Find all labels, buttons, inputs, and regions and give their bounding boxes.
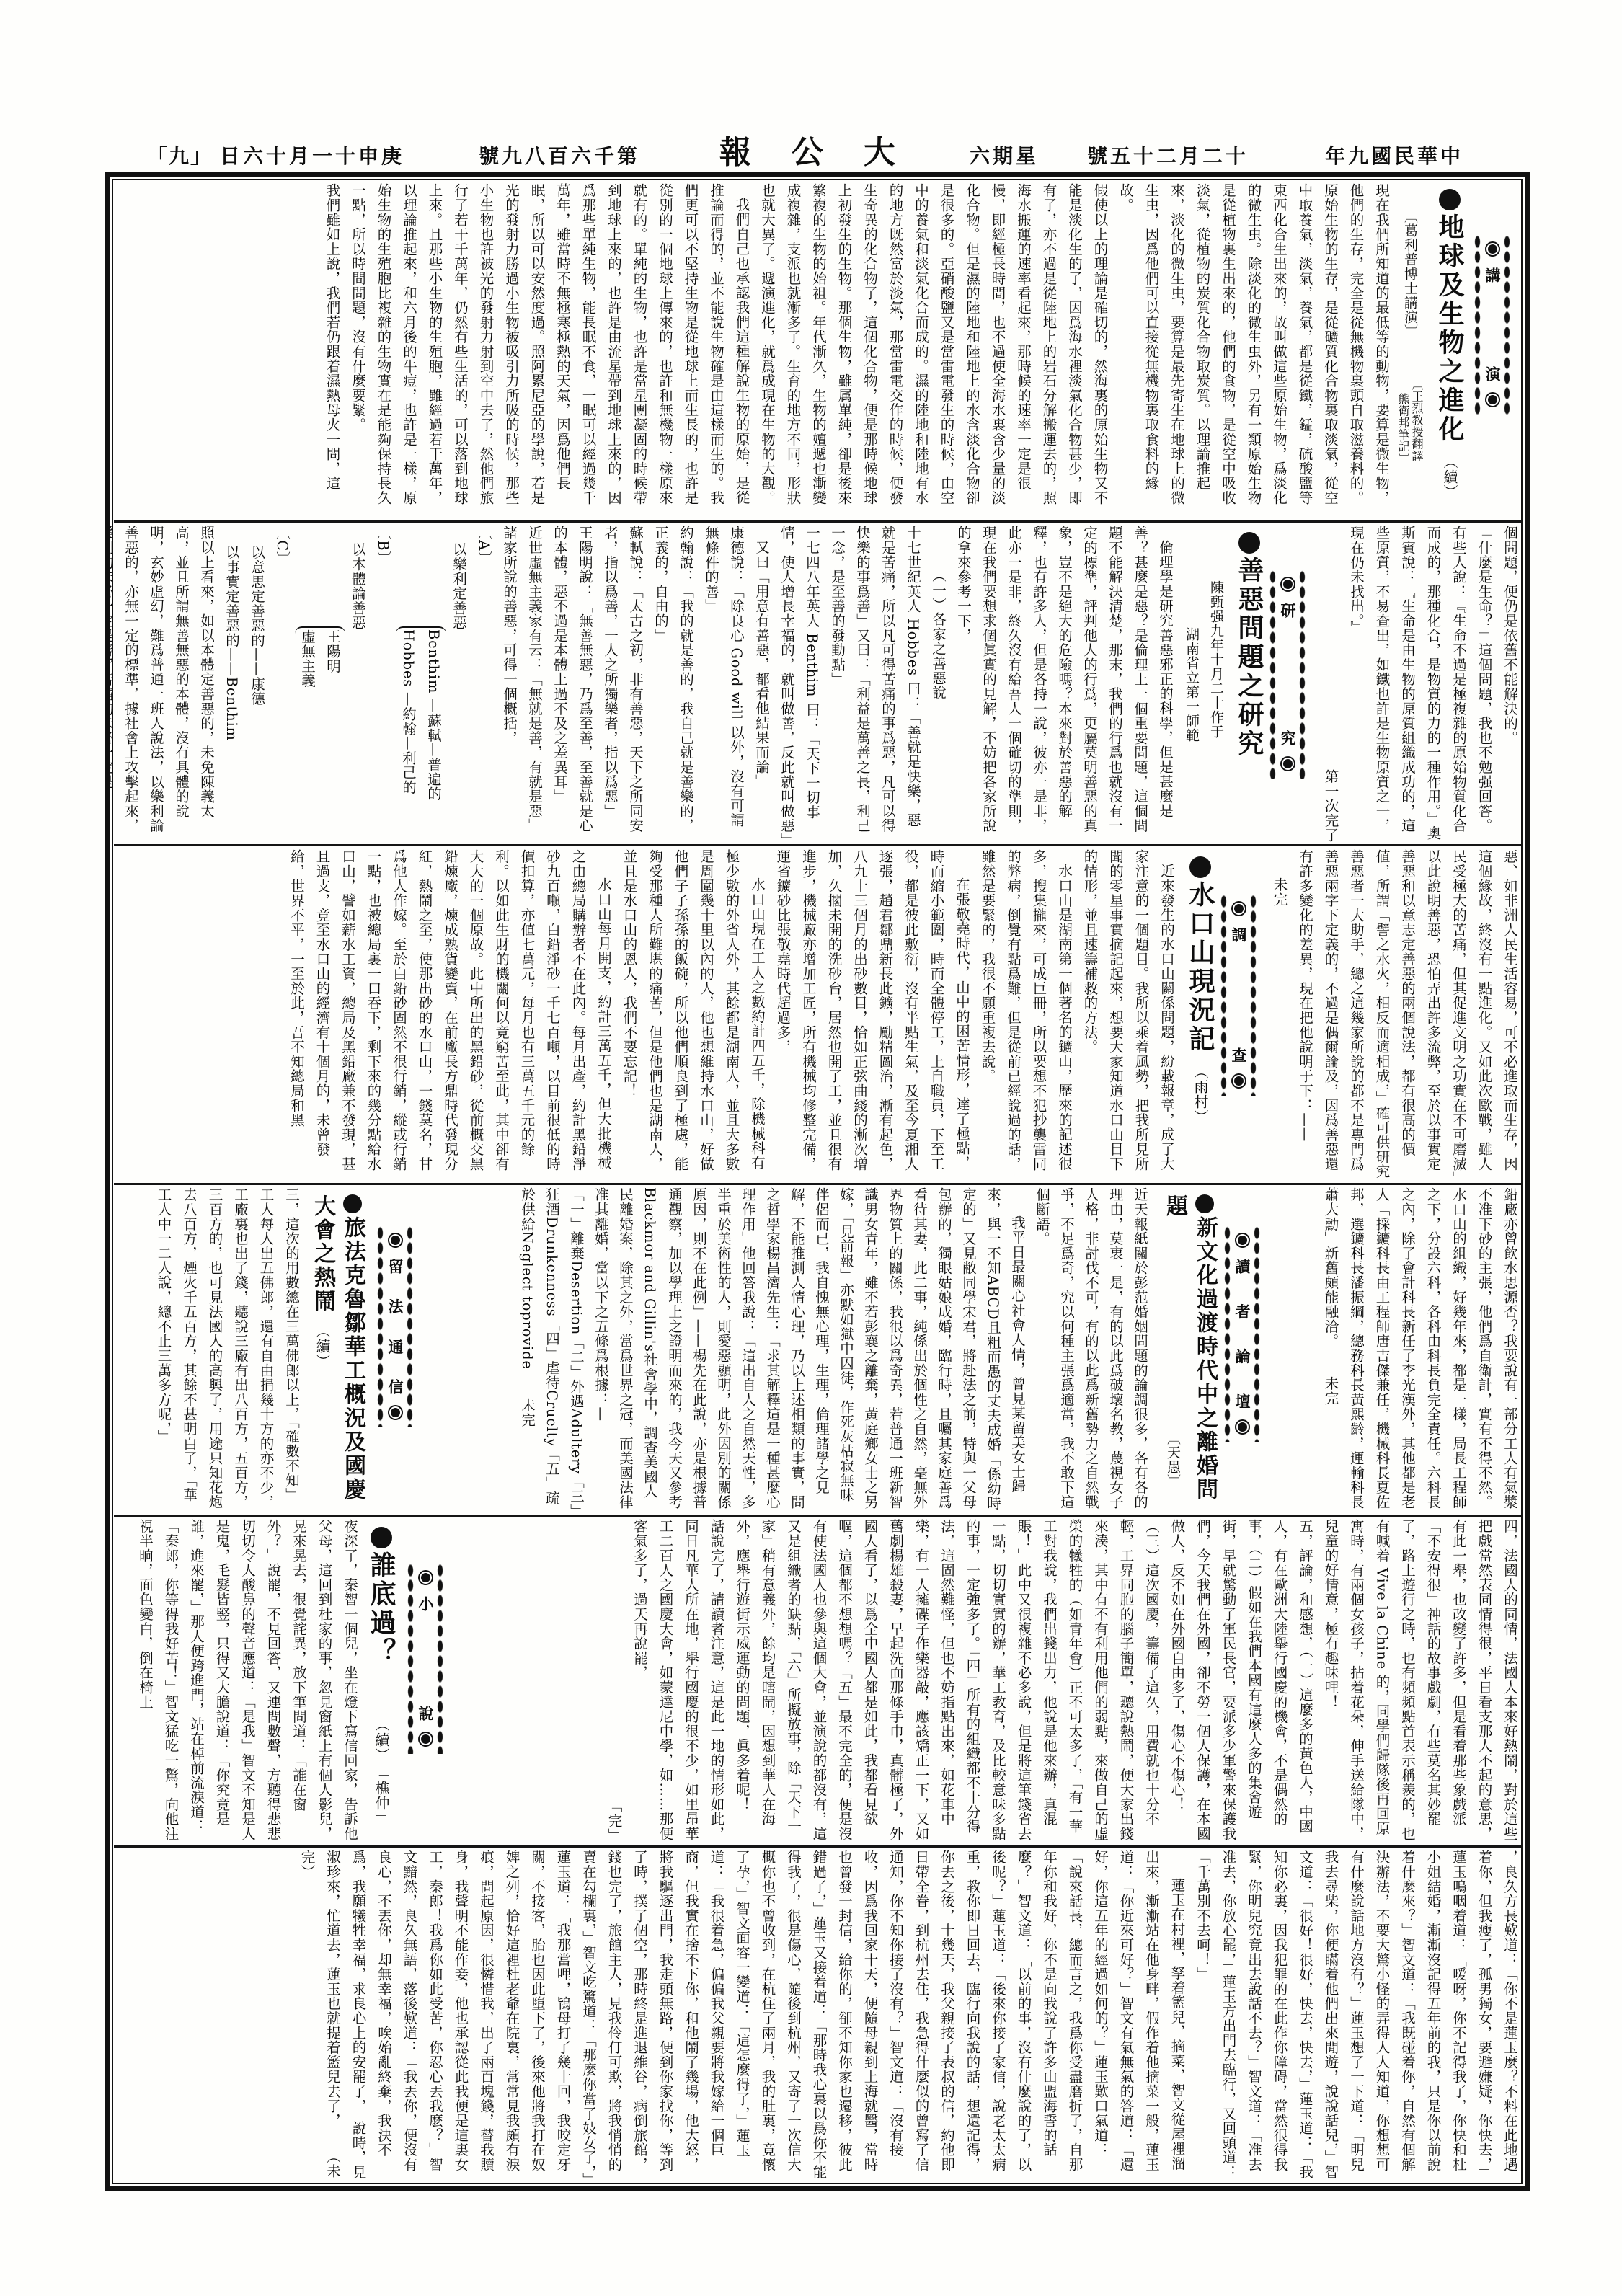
paragraph: 近世虛無主義家有云：「無就是善，有就是惡」 bbox=[522, 526, 547, 842]
paragraph: 約翰說：「我的就是善的，我自己就是善樂的，正義的，自由的」 bbox=[648, 526, 699, 842]
issue-number: 第千六百八九號 bbox=[479, 141, 640, 172]
paragraph: 一七四八年英人 Benthim 曰：「天下一切事情，使人增長幸福的，就叫做善，反… bbox=[774, 526, 825, 842]
article-title-france: 旅法克魯鄒華工概況及國慶大會之熱鬧（續） bbox=[306, 1194, 368, 1512]
paragraph: 話說完了，請讀者注意，這是此一地的情形如此，同日凡華人所在地，舉行國慶的很不少，… bbox=[627, 1519, 730, 1843]
paragraph-text: 蓮玉在村裡，孥着籃兒，摘菜，智文從屋裡溜出來，漸漸站在他身畔，假作着他摘菜一般，… bbox=[324, 1850, 1186, 2180]
bullet-icon bbox=[391, 1236, 400, 1245]
article-body-divorce: 近天報紙關於彭范婚姻問題的論調很多，各有各的理由，莫衷一是，有的以此爲破壞名教，… bbox=[418, 1187, 1152, 1512]
diagram-row-a: 〔A〕 以樂利定善惡 Benthim —蘇軾—普遍的 Hobbes —約翰—利己… bbox=[396, 526, 497, 842]
article-title-good-evil: 善惡問題之研究 bbox=[1230, 532, 1266, 835]
diagram-label: 〔C〕 bbox=[270, 526, 295, 842]
bullet-icon bbox=[421, 1734, 430, 1744]
diagram-item: 虛無主義 bbox=[295, 629, 320, 842]
ornament-border bbox=[1249, 894, 1257, 1096]
ornament-border bbox=[1503, 234, 1511, 415]
diagram-item: Hobbes —約翰—利己的 bbox=[396, 629, 421, 842]
era-year: 中華民國九年 bbox=[1325, 141, 1463, 172]
paragraph-text: 惡、如非洲人民生活容易，可不必進取而生存，因這個緣故，終沒有一點進化。又如此次歐… bbox=[1297, 849, 1518, 1179]
lecturer-credit: 〔葛利普博士講演〕 bbox=[1396, 209, 1421, 371]
article-body-good-evil-part2: 惡、如非洲人民生活容易，可不必進取而生存，因這個緣故，終沒有一點進化。又如此次歐… bbox=[1263, 849, 1523, 1180]
article-title-earth: 地球及生物之進化（續） bbox=[1430, 189, 1466, 517]
diagram-item: 以事實定善惡的——Benthim bbox=[219, 545, 244, 842]
band-divider bbox=[114, 1183, 1521, 1185]
ornament-border bbox=[1473, 234, 1481, 415]
article-body-novel-part1: 夜深了，秦智一個兒，坐在燈下寫信回家，告訴他父母，這回到杜家的事，忽見窗紙上有個… bbox=[115, 1519, 363, 1843]
bullet-icon bbox=[1238, 1236, 1247, 1245]
page-number: 「九」 bbox=[147, 141, 212, 172]
paragraph: 照以上看來，如以本體定善惡的，未免陳義太高，並且所謂無善無惡的本體，沒有具體的說… bbox=[110, 526, 219, 842]
paragraph: 十七世紀英人 Hobbes 曰：「善就是快樂，惡就是苦痛，所以凡可得苦痛的事爲惡… bbox=[825, 526, 926, 842]
title-text: 水口山現況記 bbox=[1185, 881, 1215, 1054]
section-label-text: 研究 bbox=[1277, 603, 1298, 745]
author-name: 〔天愚〕 bbox=[1161, 1431, 1184, 1510]
paragraph: 現在我們所知道的最低等的動物，要算是微生物，他們的生存，完全是從無機物裏頭自取滋… bbox=[1113, 183, 1395, 519]
to-be-continued: 未完 bbox=[1323, 1376, 1339, 1406]
lunar-date: 庚申十一月十六日 bbox=[220, 141, 404, 172]
ornament-border bbox=[407, 1563, 415, 1754]
bullet-icon bbox=[371, 1527, 392, 1548]
article-body-earth-part2: 個問題，便仍是依舊不能解決的。 「什麼是生命？」這個問題，我也不勉强回答。有些人… bbox=[1311, 526, 1523, 842]
continued-label: （續） bbox=[373, 1717, 390, 1763]
summary-diagram: 〔A〕 以樂利定善惡 Benthim —蘇軾—普遍的 Hobbes —約翰—利己… bbox=[219, 526, 497, 842]
paragraph: 水口山的組織，好幾年來，都是一樣，局長工程師之下，分設六科，各科由科長負完全責任… bbox=[1318, 1187, 1471, 1512]
paragraph: 又曰「用意有善惡，都看他結果而論」 bbox=[749, 526, 774, 842]
article-body-france-part2: 四，法國人的同情，法國人本來好熱鬧，對於這些把戲當然表同情得很，平日看支那人不起… bbox=[448, 1519, 1523, 1843]
article-title-shuikoushan: 水口山現況記（雨村） bbox=[1181, 856, 1217, 1177]
paragraph: 水口山是湖南第一個著名的鑛山，歷來的記述很多，搜集攏來，可成巨冊，所以要想不犯抄… bbox=[975, 849, 1077, 1180]
weekday: 星期六 bbox=[970, 141, 1039, 172]
bullet-icon bbox=[391, 1408, 400, 1417]
bullet-icon bbox=[1195, 1194, 1214, 1213]
bullet-icon bbox=[421, 1573, 430, 1582]
paragraph: 三，這次的用數總在三萬佛郎以上，「確數不知」工人每人出五佛郎，還有自由捐幾十方的… bbox=[151, 1187, 304, 1512]
section-label-text: 講演 bbox=[1481, 267, 1503, 381]
diagram-row-b: 〔B〕 以本體論善惡 王陽明 虛無主義 bbox=[295, 526, 396, 842]
paragraph: 夜深了，秦智一個兒，坐在燈下寫信回家，告訴他父母，這回到杜家的事，忽見窗紙上有個… bbox=[133, 1519, 363, 1843]
bullet-icon bbox=[1238, 1422, 1247, 1432]
paragraph: 我們雖如上說，我們若仍跟着濕熱母火一問，這 bbox=[319, 183, 345, 519]
title-text: 善惡問題之研究 bbox=[1234, 557, 1264, 758]
paragraph: 惡、如非洲人民生活容易，可不必進取而生存，因這個緣故，終沒有一點進化。又如此次歐… bbox=[1267, 849, 1523, 1180]
section-label-france-correspondence: 留法通信 bbox=[376, 1225, 414, 1427]
section-label-text: 留法通信 bbox=[384, 1259, 406, 1394]
masthead: 大公報 bbox=[719, 134, 936, 172]
section-label-readers-forum: 讀者論壇 bbox=[1223, 1225, 1261, 1442]
diagram-category: 以本體論善惡 bbox=[345, 526, 371, 842]
paragraph-text: 「一」離棄Desertion「二」外遇Adultery「三」狂酒Drunkenn… bbox=[519, 1187, 585, 1511]
article-body-earth-part1: 現在我們所知道的最低等的動物，要算是微生物，他們的生存，完全是從無機物裏頭自取滋… bbox=[110, 183, 1394, 519]
diagram-brace-group: 王陽明 虛無主義 bbox=[295, 626, 345, 842]
author-name: （雨村） bbox=[1192, 1064, 1209, 1125]
ornament-border bbox=[1223, 1225, 1231, 1442]
bullet-icon bbox=[1283, 580, 1293, 589]
section-label-fiction: 小說 bbox=[407, 1563, 444, 1754]
section-label-text: 小說 bbox=[415, 1596, 436, 1721]
author-name: 陳甄强 bbox=[1208, 580, 1224, 624]
article-body-shuikoushan-part2: 鉛廠亦曾飲水思源否？我要說有一部分工人有氣漿不准下砂的主張，他們爲自衛計，實有不… bbox=[1258, 1187, 1523, 1512]
diagram-label: 〔A〕 bbox=[471, 526, 497, 842]
ornament-border bbox=[1269, 569, 1277, 779]
paragraph: 我平日最關心社會人情，曾見某留美女士歸來，與一不知ABCD且粗而愚的丈夫成婚「係… bbox=[588, 1187, 1029, 1512]
paragraph: 假使以上的理論是確切的，然海裏的原始生物又不能是淡化生的了，因爲海水裡淡氣化合物… bbox=[755, 183, 1113, 519]
bullet-icon bbox=[1238, 532, 1260, 554]
diagram-brace-group: Benthim —蘇軾—普遍的 Hobbes —約翰—利己的 bbox=[396, 626, 446, 842]
ornament-border bbox=[436, 1563, 444, 1754]
author-name: 「樵仲」 bbox=[373, 1773, 390, 1826]
paragraph: 水口山每月開支，約計三萬五千，但大批機械之由總局購辦者不在此內。每月出產，約計黑… bbox=[284, 849, 617, 1180]
diagram-category: 以樂利定善惡 bbox=[446, 526, 471, 842]
translator-credit: 〔王烈教授翻譯 bbox=[1410, 378, 1423, 515]
diagram-row-c: 〔C〕 以意思定善惡的——康德 以事實定善惡的——Benthim bbox=[219, 526, 295, 842]
section-label-text: 調查 bbox=[1228, 927, 1249, 1063]
paragraph-text: 水口山的組織，好幾年來，都是一樣，局長工程師之下，分設六科，各科由科長負完全責任… bbox=[1323, 1187, 1468, 1510]
gregorian-date: 十二月二十五號 bbox=[1087, 141, 1249, 172]
paragraph: 「什麼是生命？」這個問題，我也不勉强回答。有些人說：『生命不過是極複雜的原始物質… bbox=[1344, 526, 1497, 842]
bullet-icon bbox=[1234, 1076, 1244, 1086]
band-divider bbox=[114, 520, 1521, 523]
paragraph: 五，評論，和感想，（一）這麼多的黃色人，中國人，有在歐洲大陸舉行國慶的機會，不是… bbox=[730, 1519, 1319, 1843]
paragraph: 個問題，便仍是依舊不能解決的。 bbox=[1497, 526, 1523, 842]
section-label-text: 讀者論壇 bbox=[1231, 1259, 1253, 1409]
bullet-icon bbox=[1439, 189, 1461, 210]
title-text: 誰底過？ bbox=[366, 1551, 396, 1667]
article-body-france-part1: 三，這次的用數總在三萬佛郎以上，「確數不知」工人每人出五佛郎，還有自由捐幾十方的… bbox=[115, 1187, 304, 1512]
dateline: 九年十月二十作于 bbox=[1208, 624, 1224, 739]
ornament-border bbox=[1253, 1225, 1261, 1442]
band-divider bbox=[114, 1845, 1521, 1848]
ornament-border bbox=[376, 1225, 384, 1427]
diagram-item: 以意思定善惡的——康德 bbox=[244, 545, 270, 842]
paragraph: 蘇軾說：「太古之初，非有善惡，天下之所同安者，指以爲善，一人之所獨樂者，指以爲惡… bbox=[598, 526, 648, 842]
paragraph: 鉛廠亦曾飲水思源否？我要說有一部分工人有氣漿不准下砂的主張，他們爲自衛計，實有不… bbox=[1471, 1187, 1523, 1512]
paragraph: 在張敬堯時代，山中的困苦情形，達了極點，時而縮小範圍，時而全體停工，上自職員，下… bbox=[770, 849, 975, 1180]
ornament-border bbox=[1220, 894, 1228, 1096]
bullet-icon bbox=[1283, 759, 1293, 768]
paragraph: 四，法國人的同情，法國人本來好熱鬧，對於這些把戲當然表同情得很，平日看支那人不起… bbox=[1318, 1519, 1523, 1843]
bullet-icon bbox=[1189, 856, 1211, 878]
diagram-label: 〔B〕 bbox=[371, 526, 396, 842]
ornament-border bbox=[1298, 569, 1306, 779]
paragraph: 諸家所說的善惡，可得一個概括， bbox=[497, 526, 522, 842]
subheading: （一）各家之善惡說 bbox=[926, 526, 951, 842]
author-affiliation: 湖南省立第一師範 bbox=[1181, 627, 1202, 836]
author-dateline: 陳甄强九年十月二十作于 bbox=[1202, 580, 1227, 840]
bullet-icon bbox=[1488, 244, 1497, 254]
paragraph: 近天報紙關於彭范婚姻問題的論調很多，各有各的理由，莫衷一是，有的以此爲破壞名教，… bbox=[1029, 1187, 1152, 1512]
section-label-investigation: 調查 bbox=[1220, 894, 1257, 1096]
end-note: 「完」 bbox=[601, 1519, 627, 1843]
ornament-border bbox=[406, 1225, 414, 1427]
paragraph: 「一」離棄Desertion「二」外遇Adultery「三」狂酒Drunkenn… bbox=[515, 1187, 588, 1512]
bullet-icon bbox=[1234, 904, 1244, 913]
end-note: 第一次完了 bbox=[1318, 526, 1344, 842]
continued-label: （續） bbox=[314, 1324, 331, 1369]
paragraph: 水口山現在工人之數約計四五千，除機械科有極少數的外省人外，其餘都是湖南人，並且大… bbox=[616, 849, 770, 1180]
band-divider bbox=[114, 844, 1521, 846]
section-label-lecture: 講演 bbox=[1473, 234, 1511, 415]
recorder-credit: 熊衛邦筆記〕 bbox=[1396, 393, 1409, 515]
paragraph: 蓮玉在村裡，孥着籃兒，摘菜，智文從屋裡溜出來，漸漸站在他身畔，假作着他摘菜一般，… bbox=[294, 1850, 1190, 2184]
diagram-group: 以意思定善惡的——康德 以事實定善惡的——Benthim bbox=[219, 545, 270, 842]
section-label-research: 研究 bbox=[1269, 569, 1306, 779]
diagram-item: 王陽明 bbox=[320, 629, 345, 842]
bullet-icon bbox=[1488, 395, 1497, 404]
to-be-continued: 未完 bbox=[519, 1398, 536, 1427]
bullet-icon bbox=[343, 1194, 362, 1213]
article-body-novel-part2: ，良久方長歎道：「你不是蓮玉麼？不料在此地遇着你，但我瘦了，孤男獨女，要避嫌疑，… bbox=[115, 1850, 1523, 2184]
paragraph: 康德說：「除良心 Good will 以外，沒有可謂無條件的善」 bbox=[699, 526, 749, 842]
paragraph: ，良久方長歎道：「你不是蓮玉麼？不料在此地遇着你，但我瘦了，孤男獨女，要避嫌疑，… bbox=[1190, 1850, 1523, 2184]
paragraph: 王陽明說：「無善無惡，乃爲至善，至善就是心的本體，惡不過是本體上過不及之差異耳」 bbox=[547, 526, 598, 842]
title-text: 地球及生物之進化 bbox=[1435, 213, 1465, 444]
continued-label: （續） bbox=[1441, 454, 1458, 500]
paragraph: 我們自己也承認我們這種解說生物的原始，是從推論而得的，並不能說生物確是由這樣而生… bbox=[345, 183, 755, 519]
paragraph: 近來發生的水口山關係問題，紛載報章，成了大家注意的一個題目。我所以乘着風勢，把我… bbox=[1077, 849, 1179, 1180]
diagram-item: Benthim —蘇軾—普遍的 bbox=[421, 629, 446, 842]
band-divider bbox=[114, 1515, 1521, 1517]
to-be-continued: 未完 bbox=[1272, 877, 1288, 907]
newspaper-page: 「九」 庚申十一月十六日 第千六百八九號 大公報 星期六 十二月二十五號 中華民… bbox=[0, 0, 1622, 2296]
article-body-shuikoushan-part1: 近來發生的水口山關係問題，紛載報章，成了大家注意的一個題目。我所以乘着風勢，把我… bbox=[110, 849, 1179, 1180]
paragraph: 倫理學是研究善惡邪正的科學，但是甚麼是善？甚麼是惡？是倫理上一個重要問題，這個問… bbox=[951, 526, 1178, 842]
article-body-good-evil-part1: 倫理學是研究善惡邪正的科學，但是甚麼是善？甚麼是惡？是倫理上一個重要問題，這個問… bbox=[110, 526, 1178, 842]
article-title-novel: 誰底過？（續）「樵仲」 bbox=[365, 1527, 398, 1840]
